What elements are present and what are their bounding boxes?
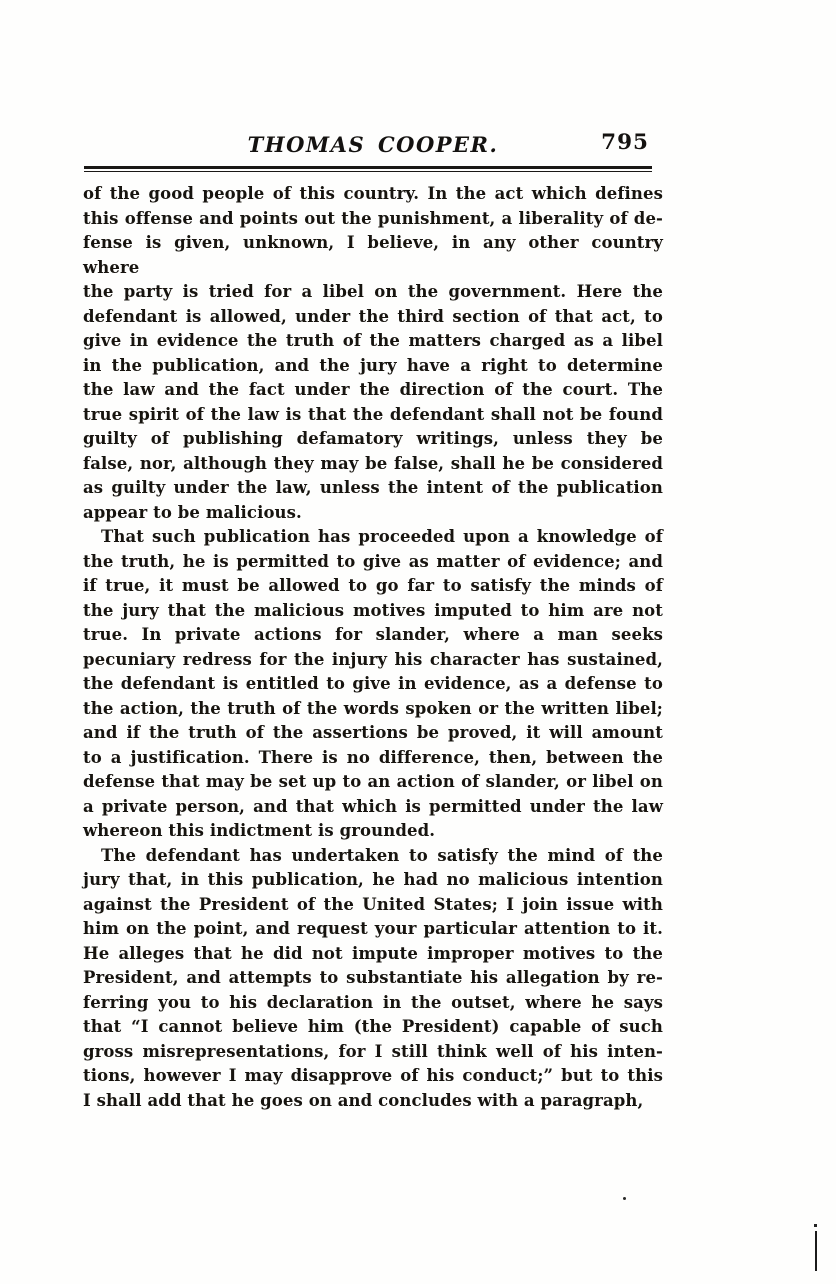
text-line: jury that, in this publication, he had n… bbox=[83, 868, 663, 893]
scan-speck bbox=[623, 1197, 626, 1200]
text-line: appear to be malicious. bbox=[83, 501, 663, 526]
running-header-title: THOMAS COOPER. bbox=[83, 132, 663, 157]
text-line: defense that may be set up to an action … bbox=[83, 770, 663, 795]
text-line: the defendant is entitled to give in evi… bbox=[83, 672, 663, 697]
text-line: this offense and points out the punishme… bbox=[83, 207, 663, 232]
text-line: if true, it must be allowed to go far to… bbox=[83, 574, 663, 599]
text-line: ferring you to his declaration in the ou… bbox=[83, 991, 663, 1016]
paragraph: The defendant has undertaken to satisfy … bbox=[83, 844, 663, 1114]
header-double-rule bbox=[84, 166, 652, 172]
scanned-book-page: THOMAS COOPER. 795 of the good people of… bbox=[0, 0, 836, 1284]
page-number: 795 bbox=[601, 130, 649, 155]
scan-edge-line bbox=[815, 1231, 817, 1271]
text-line: and if the truth of the assertions be pr… bbox=[83, 721, 663, 746]
text-line: defendant is allowed, under the third se… bbox=[83, 305, 663, 330]
text-line: The defendant has undertaken to satisfy … bbox=[83, 844, 663, 869]
paragraph: That such publication has proceeded upon… bbox=[83, 525, 663, 844]
text-line: a private person, and that which is perm… bbox=[83, 795, 663, 820]
body-text-column: of the good people of this country. In t… bbox=[83, 182, 663, 1113]
text-line: as guilty under the law, unless the inte… bbox=[83, 476, 663, 501]
running-header: THOMAS COOPER. 795 bbox=[83, 132, 663, 160]
text-line: guilty of publishing defamatory writings… bbox=[83, 427, 663, 452]
paragraph: of the good people of this country. In t… bbox=[83, 182, 663, 525]
text-line: gross misrepresentations, for I still th… bbox=[83, 1040, 663, 1065]
text-line: that “I cannot believe him (the Presiden… bbox=[83, 1015, 663, 1040]
text-line: to a justification. There is no differen… bbox=[83, 746, 663, 771]
text-line: whereon this indictment is grounded. bbox=[83, 819, 663, 844]
text-line: give in evidence the truth of the matter… bbox=[83, 329, 663, 354]
text-line: the jury that the malicious motives impu… bbox=[83, 599, 663, 624]
scan-edge-dot bbox=[814, 1224, 817, 1227]
text-line: true. In private actions for slander, wh… bbox=[83, 623, 663, 648]
text-line: false, nor, although they may be false, … bbox=[83, 452, 663, 477]
text-line: President, and attempts to substantiate … bbox=[83, 966, 663, 991]
text-line: him on the point, and request your parti… bbox=[83, 917, 663, 942]
text-line: the truth, he is permitted to give as ma… bbox=[83, 550, 663, 575]
text-line: the party is tried for a libel on the go… bbox=[83, 280, 663, 305]
text-line: I shall add that he goes on and conclude… bbox=[83, 1089, 663, 1114]
text-line: pecuniary redress for the injury his cha… bbox=[83, 648, 663, 673]
text-line: in the publication, and the jury have a … bbox=[83, 354, 663, 379]
text-line: That such publication has proceeded upon… bbox=[83, 525, 663, 550]
text-line: the law and the fact under the direction… bbox=[83, 378, 663, 403]
text-line: tions, however I may disapprove of his c… bbox=[83, 1064, 663, 1089]
text-line: of the good people of this country. In t… bbox=[83, 182, 663, 207]
text-line: He alleges that he did not impute improp… bbox=[83, 942, 663, 967]
text-line: true spirit of the law is that the defen… bbox=[83, 403, 663, 428]
text-line: against the President of the United Stat… bbox=[83, 893, 663, 918]
text-line: fense is given, unknown, I believe, in a… bbox=[83, 231, 663, 280]
text-line: the action, the truth of the words spoke… bbox=[83, 697, 663, 722]
